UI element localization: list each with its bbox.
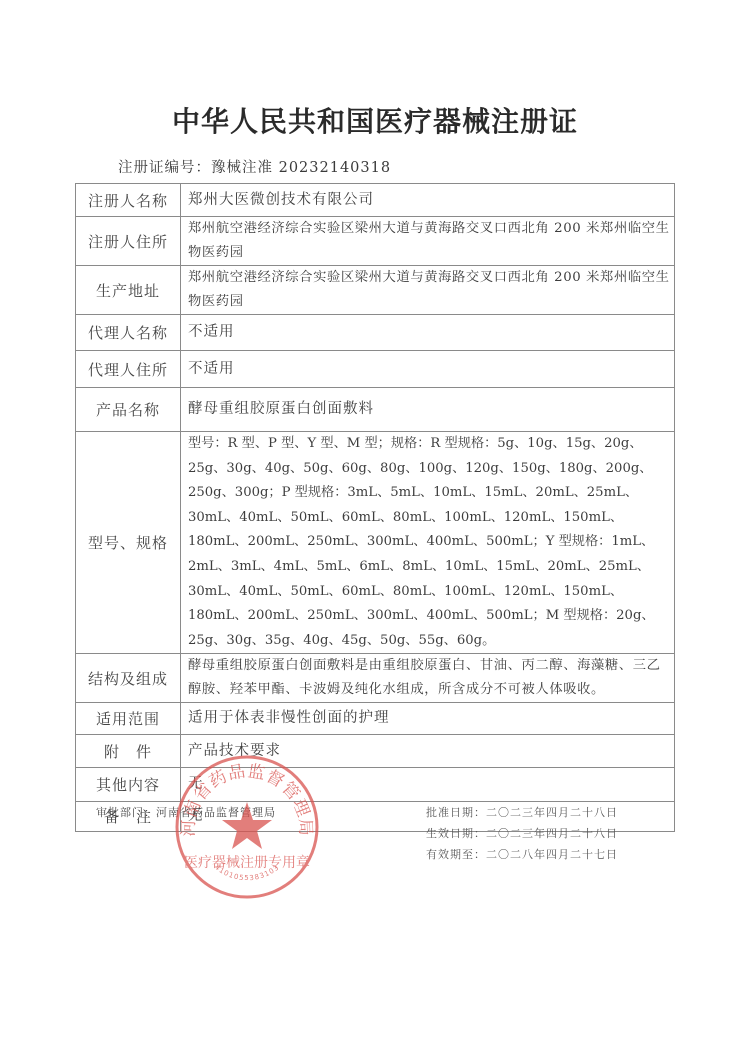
registration-number-label: 注册证编号： (118, 160, 211, 176)
row-label: 代理人名称 (76, 315, 181, 351)
certificate-table: 注册人名称 郑州大医微创技术有限公司 注册人住所 郑州航空港经济综合实验区梁州大… (75, 183, 675, 832)
row-label: 适用范围 (76, 703, 181, 735)
table-row: 其他内容 无 (76, 768, 675, 802)
table-row: 代理人名称 不适用 (76, 315, 675, 351)
row-value: 适用于体表非慢性创面的护理 (181, 703, 675, 735)
table-row: 适用范围 适用于体表非慢性创面的护理 (76, 703, 675, 735)
row-value: 酵母重组胶原蛋白创面敷料是由重组胶原蛋白、甘油、丙二醇、海藻糖、三乙醇胺、羟苯甲… (181, 654, 675, 703)
table-row: 代理人住所 不适用 (76, 351, 675, 388)
row-label: 生产地址 (76, 266, 181, 315)
row-value: 型号：R 型、P 型、Y 型、M 型；规格：R 型规格：5g、10g、15g、2… (181, 432, 675, 654)
effective-date: 生效日期：二〇二三年四月二十八日 (426, 823, 618, 844)
row-label: 结构及组成 (76, 654, 181, 703)
table-row: 结构及组成 酵母重组胶原蛋白创面敷料是由重组胶原蛋白、甘油、丙二醇、海藻糖、三乙… (76, 654, 675, 703)
row-label: 附 件 (76, 735, 181, 768)
dates-block: 批准日期：二〇二三年四月二十八日 生效日期：二〇二三年四月二十八日 有效期至：二… (426, 802, 618, 865)
row-label: 注册人名称 (76, 184, 181, 217)
row-value: 不适用 (181, 315, 675, 351)
table-row: 附 件 产品技术要求 (76, 735, 675, 768)
document-title: 中华人民共和国医疗器械注册证 (0, 100, 750, 140)
table-row: 产品名称 酵母重组胶原蛋白创面敷料 (76, 388, 675, 432)
row-value: 郑州航空港经济综合实验区梁州大道与黄海路交叉口西北角 200 米郑州临空生物医药… (181, 266, 675, 315)
row-value: 不适用 (181, 351, 675, 388)
registration-number-value: 豫械注准 20232140318 (211, 160, 391, 176)
approval-date: 批准日期：二〇二三年四月二十八日 (426, 802, 618, 823)
table-row: 生产地址 郑州航空港经济综合实验区梁州大道与黄海路交叉口西北角 200 米郑州临… (76, 266, 675, 315)
row-label: 其他内容 (76, 768, 181, 802)
registration-number: 注册证编号：豫械注准 20232140318 (118, 156, 391, 177)
row-label: 注册人住所 (76, 217, 181, 266)
table-row: 注册人名称 郑州大医微创技术有限公司 (76, 184, 675, 217)
row-value: 酵母重组胶原蛋白创面敷料 (181, 388, 675, 432)
row-label: 型号、规格 (76, 432, 181, 654)
valid-until-date: 有效期至：二〇二八年四月二十七日 (426, 844, 618, 865)
row-value: 郑州航空港经济综合实验区梁州大道与黄海路交叉口西北角 200 米郑州临空生物医药… (181, 217, 675, 266)
stamp-bottom-text: 医疗器械注册专用章 (184, 854, 310, 871)
table-row: 注册人住所 郑州航空港经济综合实验区梁州大道与黄海路交叉口西北角 200 米郑州… (76, 217, 675, 266)
row-label: 代理人住所 (76, 351, 181, 388)
table-row: 型号、规格 型号：R 型、P 型、Y 型、M 型；规格：R 型规格：5g、10g… (76, 432, 675, 654)
row-value: 郑州大医微创技术有限公司 (181, 184, 675, 217)
official-seal-icon: 河南省药品监督管理局 医疗器械注册专用章 4101055383103 (172, 752, 322, 902)
row-label: 产品名称 (76, 388, 181, 432)
